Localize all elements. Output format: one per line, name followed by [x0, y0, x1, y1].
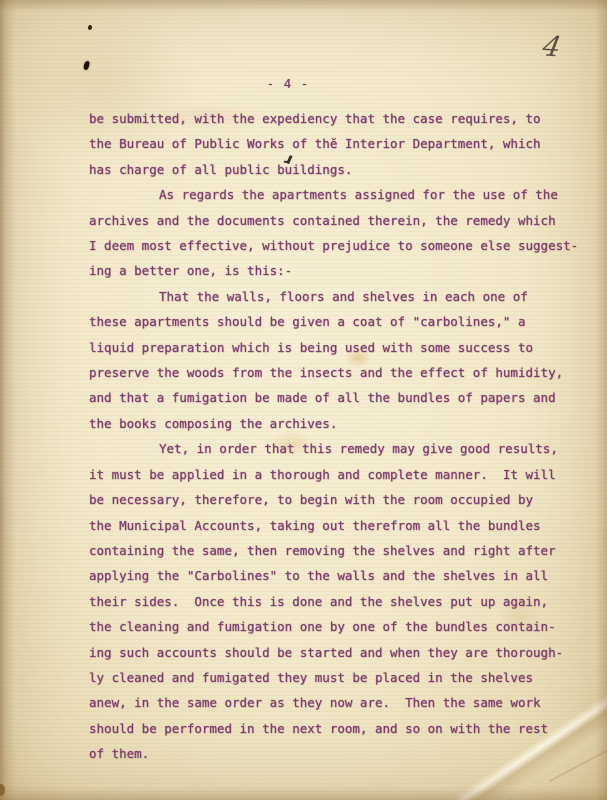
text-line: the Bureau of Public Works of thĕ Interi…	[89, 131, 594, 156]
text-line: has charge of all public buildings.	[89, 157, 594, 182]
page-number-heading: - 4 -	[0, 76, 576, 91]
ink-speck	[83, 61, 90, 71]
text-line: it must be applied in a thorough and com…	[89, 462, 594, 487]
ink-speck	[88, 25, 93, 31]
scanned-document-page: 4 - 4 - be submitted, with the expedienc…	[0, 0, 607, 800]
text-line: I deem most effective, without prejudice…	[89, 233, 594, 258]
text-line: the cleaning and fumigation one by one o…	[89, 614, 594, 639]
text-line: their sides. Once this is done and the s…	[89, 589, 594, 614]
text-line: ly cleaned and fumigated they must be pl…	[89, 665, 594, 690]
text-line: containing the same, then removing the s…	[89, 538, 594, 563]
text-line: liquid preparation which is being used w…	[89, 335, 594, 360]
text-line: and that a fumigation be made of all the…	[89, 385, 594, 410]
text-line: ing such accounts should be started and …	[89, 640, 594, 665]
text-line: be necessary, therefore, to begin with t…	[89, 487, 594, 512]
text-line: the books composing the archives.	[89, 411, 594, 436]
text-line: archives and the documents contained the…	[89, 208, 594, 233]
text-line: should be performed in the next room, an…	[89, 716, 594, 741]
text-line: the Municipal Accounts, taking out there…	[89, 513, 594, 538]
text-line: anew, in the same order as they now are.…	[89, 690, 594, 715]
text-line: That the walls, floors and shelves in ea…	[89, 284, 594, 309]
text-line: As regards the apartments assigned for t…	[89, 182, 594, 207]
text-line: applying the "Carbolines" to the walls a…	[89, 563, 594, 588]
text-line: ing a better one, is this:-	[89, 258, 594, 283]
document-lines: be submitted, with the expediency that t…	[89, 106, 594, 767]
text-line: preserve the woods from the insects and …	[89, 360, 594, 385]
handwritten-page-number: 4	[540, 30, 564, 64]
text-line: of them.	[89, 741, 594, 766]
text-line: Yet, in order that this remedy may give …	[89, 436, 594, 461]
text-line: these apartments should be given a coat …	[89, 309, 594, 334]
paper-edge-speck	[0, 784, 5, 796]
text-line: be submitted, with the expediency that t…	[89, 106, 594, 131]
